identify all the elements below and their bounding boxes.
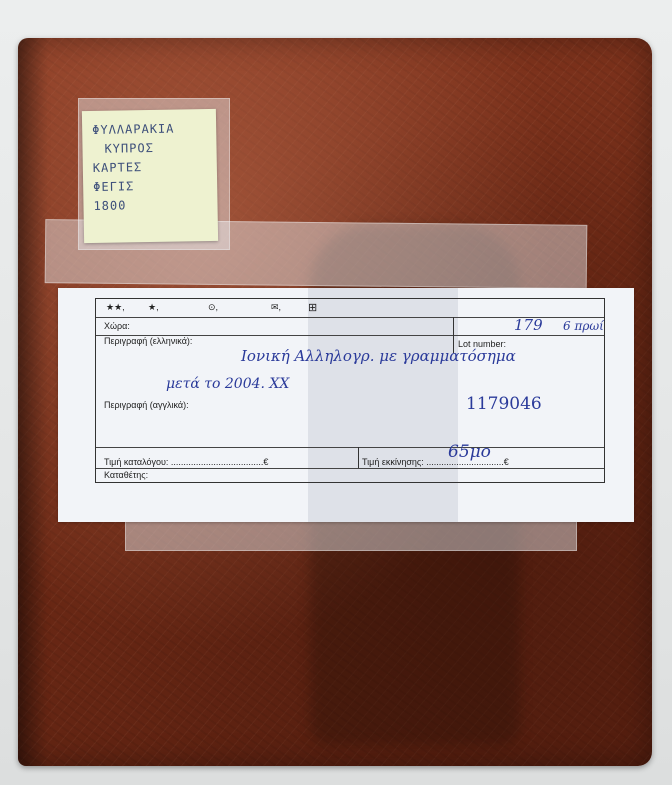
star-icon: ★, bbox=[148, 302, 159, 313]
two-stars-icon: ★★, bbox=[106, 302, 125, 313]
starting-price-value: 65μο bbox=[448, 442, 491, 462]
price-vertical-divider bbox=[358, 447, 359, 469]
desc-greek-label: Περιγραφή (ελληνικά): bbox=[104, 336, 192, 346]
lot-number-value: 179 bbox=[514, 316, 543, 334]
sticky-line: ΦΥΛΛΑΡΑΚΙΑ bbox=[92, 119, 210, 140]
price-divider bbox=[96, 447, 604, 448]
sticky-note: ΦΥΛΛΑΡΑΚΙΑ ΚΥΠΡΟΣ ΚΑΡΤΕΣ ΦΕΓΙΣ 1800 bbox=[82, 109, 218, 243]
sticky-line: 1800 bbox=[93, 195, 211, 216]
sticky-line: ΦΕΓΙΣ bbox=[93, 176, 211, 197]
lot-form: ★★, ★, ⊙, ✉, ⊞ Χώρα: Lot number: 179 6 π… bbox=[95, 298, 605, 483]
sticky-line: ΚΑΡΤΕΣ bbox=[93, 157, 211, 178]
envelope-icon: ✉, bbox=[271, 302, 281, 313]
desc-greek-line2: μετά το 2004. ΧΧ bbox=[166, 376, 289, 392]
block-icon: ⊞ bbox=[308, 301, 317, 314]
desc-greek-line1: Ιονική Αλληλογρ. με γραμματόσημα bbox=[241, 347, 516, 365]
consignor-divider bbox=[96, 468, 604, 469]
desc-english-label: Περιγραφή (αγγλικά): bbox=[104, 400, 189, 410]
desc-english-value: 1179046 bbox=[466, 394, 542, 414]
country-label: Χώρα: bbox=[104, 321, 130, 331]
circle-dot-icon: ⊙, bbox=[208, 302, 218, 313]
catalog-price-label: Τιμή καταλόγου: ........................… bbox=[104, 457, 268, 467]
album-spine bbox=[18, 38, 48, 766]
lot-label: ★★, ★, ⊙, ✉, ⊞ Χώρα: Lot number: 179 6 π… bbox=[58, 288, 634, 522]
lot-note: 6 πρωί bbox=[563, 319, 604, 333]
sticky-line: ΚΥΠΡΟΣ bbox=[92, 138, 210, 159]
consignor-label: Καταθέτης: bbox=[104, 470, 148, 480]
